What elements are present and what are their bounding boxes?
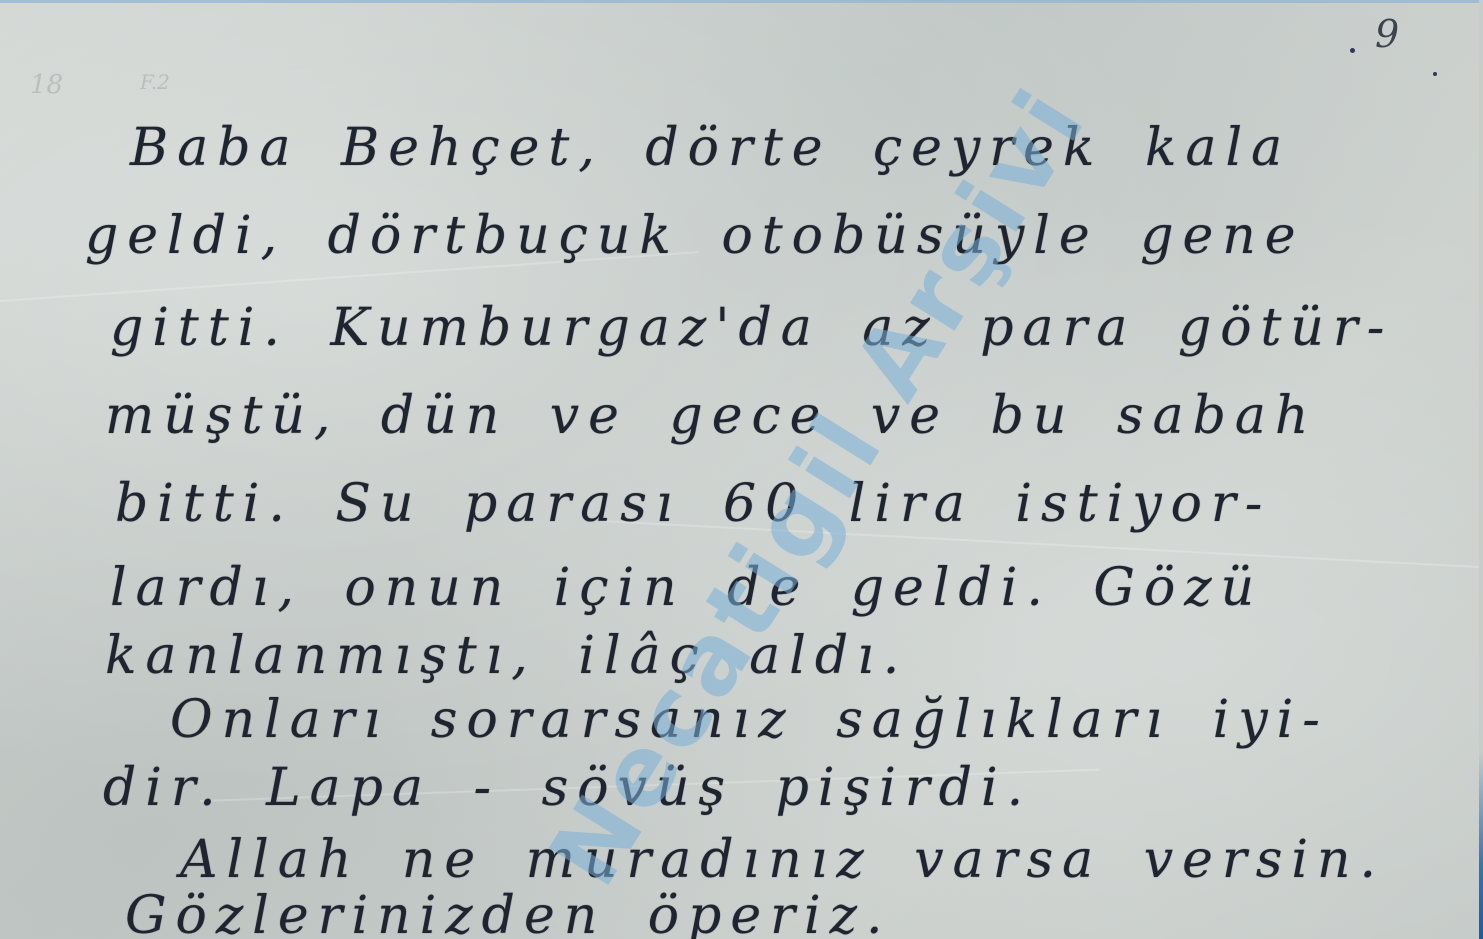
letter-line: gitti. Kumburgaz'da az para götür-: [110, 298, 1393, 358]
letter-line: bitti. Su parası 60 lira istiyor-: [115, 474, 1271, 534]
letter-line: Baba Behçet, dörte çeyrek kala: [130, 118, 1291, 178]
faint-mark: 18: [30, 70, 63, 100]
letter-line: Onları sorarsanız sağlıkları iyi-: [170, 690, 1329, 750]
letter-line: kanlanmıştı, ilâç aldı.: [105, 626, 908, 686]
letter-line: lardı, onun için de geldi. Gözü: [110, 558, 1263, 618]
paper-top-edge: [0, 0, 1483, 3]
faint-mark: F.2: [140, 70, 170, 94]
page-dot: [1433, 72, 1437, 76]
letter-page: 18 F.2 9 Baba Behçet, dörte çeyrek kala …: [0, 0, 1483, 939]
page-dot: [1350, 48, 1355, 53]
letter-line: müştü, dün ve gece ve bu sabah: [105, 386, 1317, 446]
letter-line: Gözlerinizden öperiz.: [125, 886, 892, 939]
page-number: 9: [1375, 12, 1399, 56]
paper-right-edge: [1479, 0, 1483, 939]
letter-line: dir. Lapa - sövüş pişirdi.: [103, 758, 1032, 818]
letter-line: geldi, dörtbuçuk otobüsüyle gene: [85, 206, 1305, 266]
letter-line: Allah ne muradınız varsa versin.: [180, 830, 1385, 890]
